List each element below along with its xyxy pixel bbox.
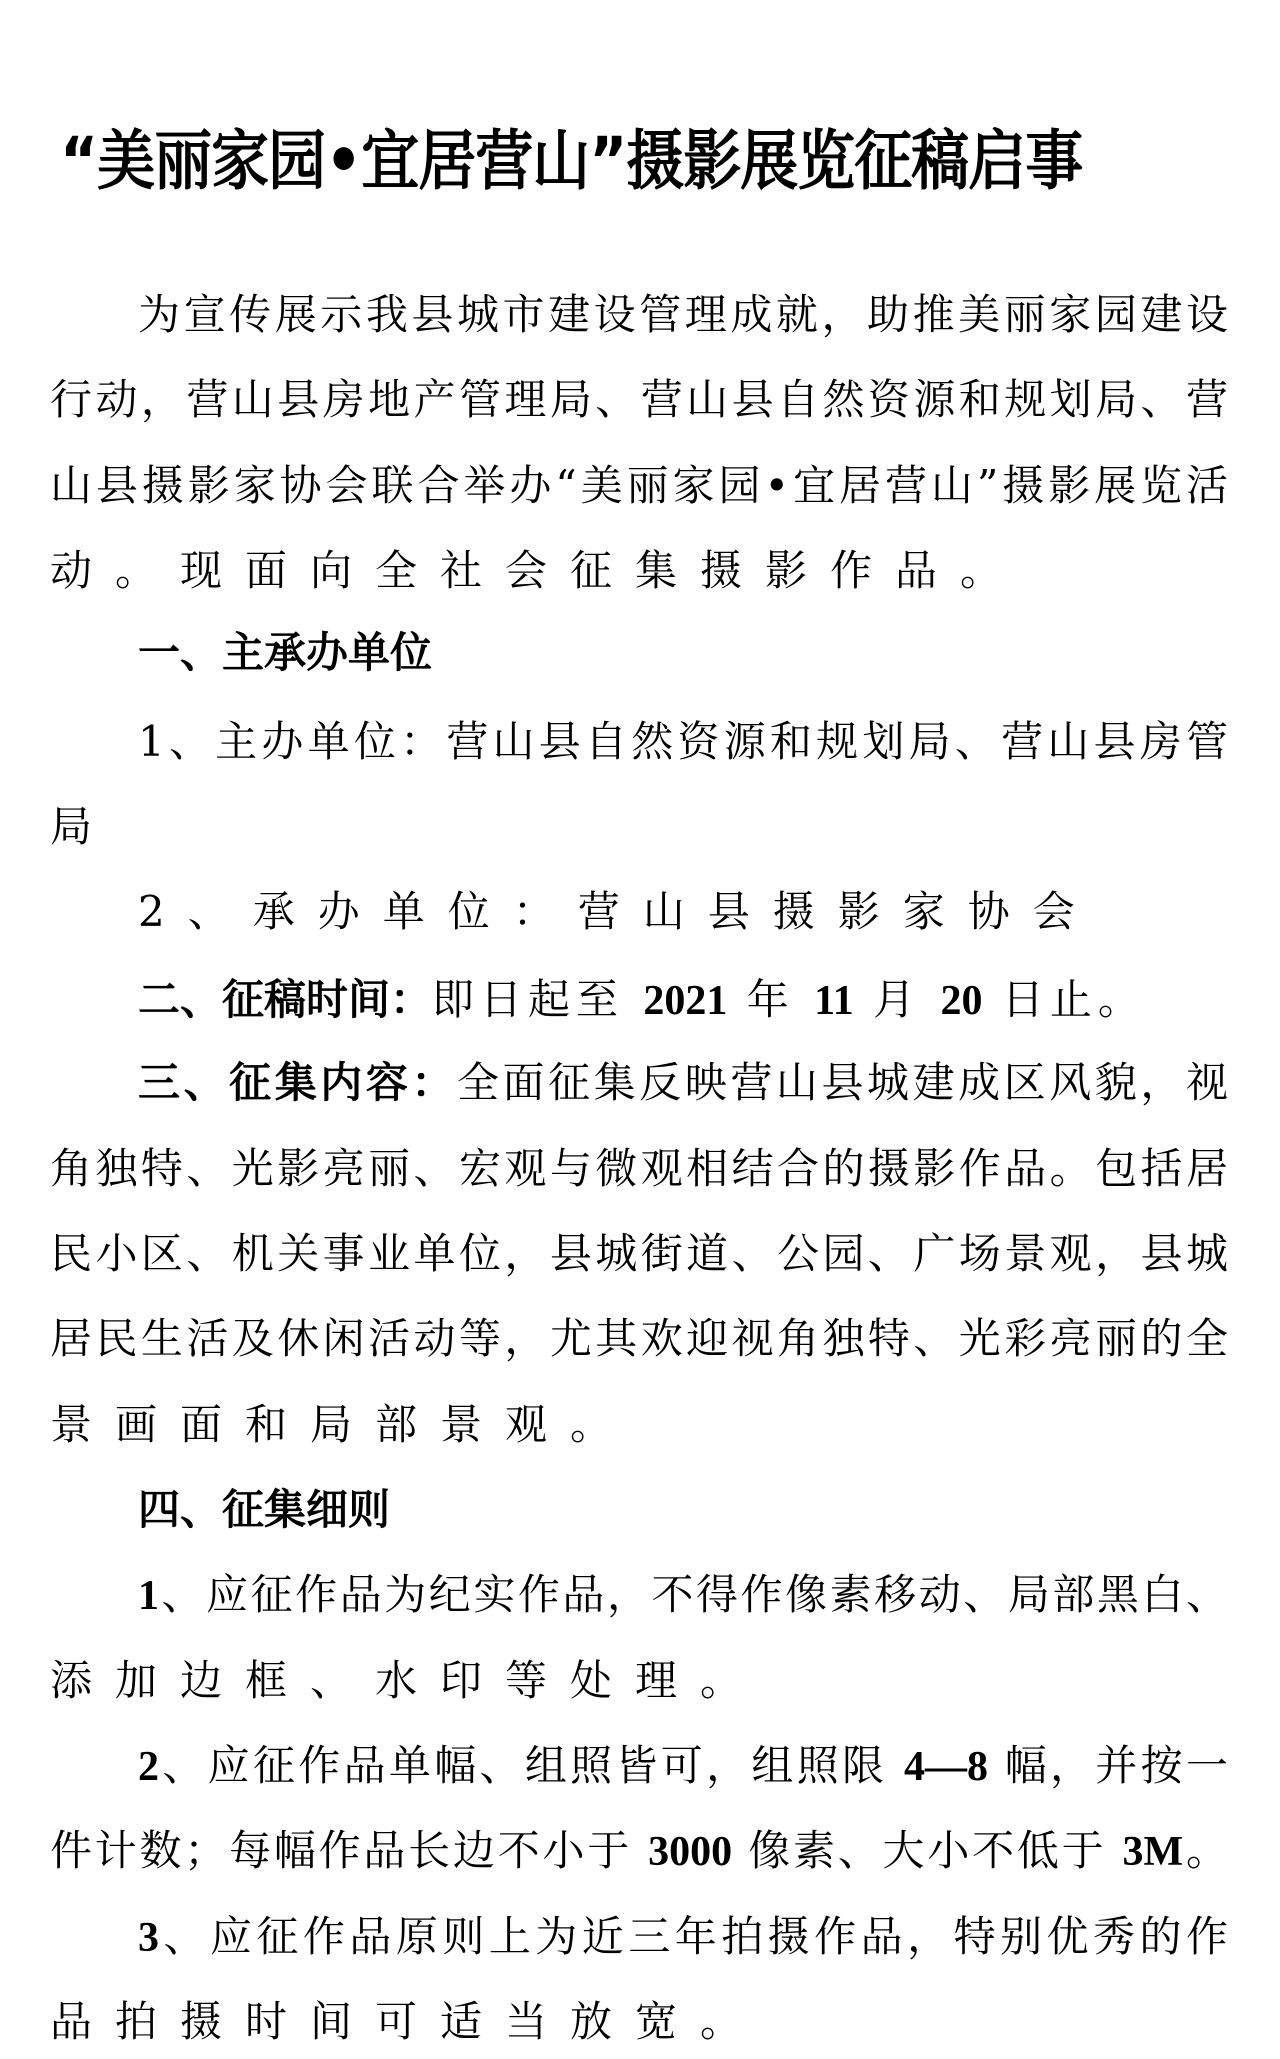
content-line-4: 居民生活及休闲活动等，尤其欢迎视角独特、光彩亮丽的全 (50, 1296, 1228, 1382)
rule-1-line-1: 1、应征作品为纪实作品，不得作像素移动、局部黑白、 (138, 1552, 1228, 1638)
rule-3-line-1: 3、应征作品原则上为近三年拍摄作品，特别优秀的作 (138, 1894, 1228, 1980)
deadline-line: 二、征稿时间：即日起至 2021 年 11 月 20 日止。 (138, 957, 1228, 1043)
deadline-text: 即日起至 (432, 975, 624, 1024)
section-heading-4: 四、征集细则 (138, 1467, 1228, 1553)
rule-2-text-c: 件计数；每幅作品长边不小于 (50, 1826, 632, 1875)
rule-3-number: 3 (138, 1915, 159, 1961)
section-heading-3: 三、征集内容： (138, 1058, 457, 1107)
rule-2-text-a: 、应征作品单幅、组照皆可，组照限 (159, 1741, 887, 1790)
content-line-5: 景画面和局部景观。 (50, 1382, 1228, 1468)
content-line-2: 角独特、光影亮丽、宏观与微观相结合的摄影作品。包括居 (50, 1126, 1228, 1212)
deadline-year: 2021 (643, 978, 727, 1024)
rule-3-line-2: 品拍摄时间可适当放宽。 (50, 1979, 1228, 2059)
deadline-year-unit: 年 (747, 975, 795, 1024)
rule-1-line-2: 添加边框、水印等处理。 (50, 1638, 1228, 1724)
rule-2-pixels: 3000 (648, 1829, 732, 1875)
intro-line-1: 为宣传展示我县城市建设管理成就，助推美丽家园建设 (138, 272, 1228, 358)
organizer-line-2: 局 (50, 784, 1228, 870)
deadline-day: 20 (941, 978, 983, 1024)
intro-line-4: 动。现面向全社会征集摄影作品。 (50, 528, 1228, 614)
rule-2-text-d: 像素、大小不低于 (748, 1826, 1106, 1875)
intro-line-2: 行动，营山县房地产管理局、营山县自然资源和规划局、营 (50, 357, 1228, 443)
content-line-1: 三、征集内容：全面征集反映营山县城建成区风貌，视 (138, 1040, 1228, 1126)
deadline-month-unit: 月 (873, 975, 921, 1024)
deadline-month: 11 (814, 978, 854, 1024)
section-heading-1: 一、主承办单位 (138, 610, 1228, 696)
rule-2-line-2: 件计数；每幅作品长边不小于 3000 像素、大小不低于 3M。 (50, 1808, 1228, 1894)
co-organizer-line: 2、承办单位：营山县摄影家协会 (138, 869, 1228, 955)
rule-2-text-e: 。 (1183, 1826, 1228, 1875)
rule-3-text: 、应征作品原则上为近三年拍摄作品，特别优秀的作 (159, 1912, 1228, 1961)
section-heading-1-text: 一、主承办单位 (138, 628, 432, 677)
content-line-1-text: 全面征集反映营山县城建成区风貌，视 (457, 1058, 1228, 1107)
rule-2-size: 3M (1123, 1829, 1184, 1875)
section-heading-2: 二、征稿时间： (138, 975, 432, 1024)
rule-2-number: 2 (138, 1744, 159, 1790)
intro-line-3: 山县摄影家协会联合举办“美丽家园•宜居营山”摄影展览活 (50, 443, 1228, 529)
organizer-line-1: 1、主办单位：营山县自然资源和规划局、营山县房管 (138, 699, 1228, 785)
rule-2-range: 4—8 (904, 1744, 988, 1790)
rule-2-line-1: 2、应征作品单幅、组照皆可，组照限 4—8 幅，并按一 (138, 1723, 1228, 1809)
rule-1-number: 1 (138, 1573, 159, 1619)
rule-2-text-b: 幅，并按一 (1005, 1741, 1228, 1790)
deadline-day-unit: 日止。 (1002, 975, 1146, 1024)
content-line-3: 民小区、机关事业单位，县城街道、公园、广场景观，县城 (50, 1211, 1228, 1297)
section-heading-4-text: 四、征集细则 (138, 1485, 390, 1534)
page-title: “美丽家园•宜居营山”摄影展览征稿启事 (60, 108, 1230, 202)
rule-1-text: 、应征作品为纪实作品，不得作像素移动、局部黑白、 (159, 1570, 1228, 1619)
